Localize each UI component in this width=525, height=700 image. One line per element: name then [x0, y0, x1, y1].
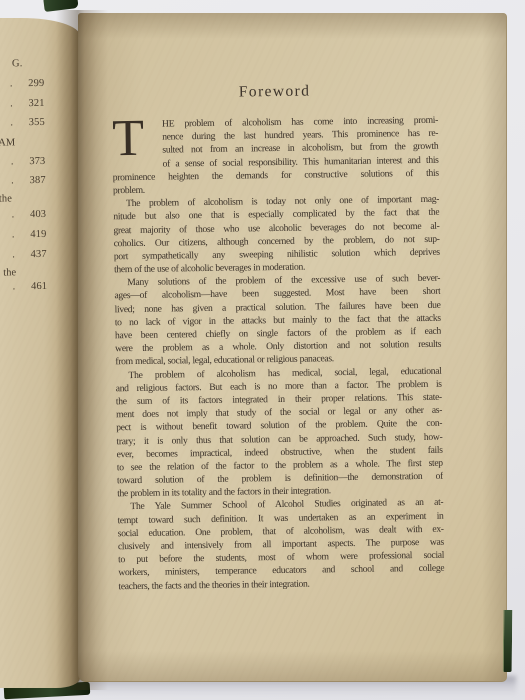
contents-name-fragment: E the — [0, 267, 16, 278]
book-photograph: G. . 299 . 321 . 355 LIAM . 373 . 387 s … — [0, 0, 525, 700]
paragraph-5: The Yale Summer School of Alcohol Studie… — [117, 496, 444, 593]
paragraph-1-lines: HE problem of alcoholism has come into i… — [112, 114, 439, 198]
contents-page-number: . 299 — [2, 78, 44, 90]
contents-page-number: . 355 — [3, 117, 45, 129]
contents-fragments: G. . 299 . 321 . 355 LIAM . 373 . 387 s … — [0, 18, 80, 688]
paragraph-2: The problem of alcoholism is today not o… — [113, 193, 440, 277]
contents-page-number: . 437 — [5, 249, 47, 261]
contents-name-fragment: LIAM — [0, 137, 15, 148]
page-title: Foreword — [111, 81, 437, 103]
foreword-page: Foreword T HE problem of alcoholism has … — [78, 13, 507, 682]
contents-page-number: . 387 — [4, 175, 46, 187]
paragraph-4: The problem of alcoholism has medical, s… — [115, 364, 443, 500]
book-cover-edge-top-left — [43, 0, 78, 12]
contents-page-number: . 321 — [2, 98, 44, 110]
left-page-contents-sliver: G. . 299 . 321 . 355 LIAM . 373 . 387 s … — [0, 18, 80, 688]
contents-name-fragment: s the — [0, 193, 12, 204]
text-column: Foreword T HE problem of alcoholism has … — [111, 81, 444, 593]
contents-name-fragment: G. — [12, 58, 23, 69]
contents-page-number: . 461 — [5, 281, 47, 293]
paragraph-3: Many solutions of the problem of the exc… — [114, 272, 441, 369]
book-cover-edge-right — [503, 610, 513, 672]
contents-page-number: . 419 — [4, 229, 46, 241]
contents-page-number: . 403 — [4, 209, 46, 221]
contents-page-number: . 373 — [3, 156, 45, 168]
paragraph-1: T HE problem of alcoholism has come into… — [112, 114, 439, 198]
dropcap-letter: T — [112, 119, 158, 159]
body-text: T HE problem of alcoholism has come into… — [112, 114, 445, 593]
